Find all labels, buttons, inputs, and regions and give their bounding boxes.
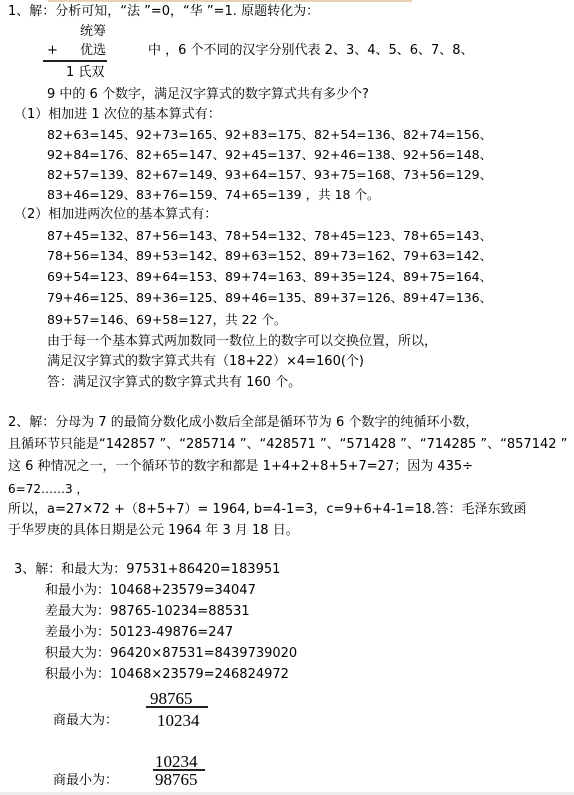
equation: 73+56=129、 [403, 167, 492, 183]
equation: 82+63=145、 [47, 127, 136, 143]
p1-desc-a: 中 ，6 个不同的汉字分别代表 2、3、4、5、6、7、8、 [148, 43, 474, 59]
equation: 87+56=143、 [136, 228, 225, 244]
p1-conclusion-2: 满足汉字算式的数字算式共有（18+22）×4=160(个) [47, 354, 364, 370]
p1-part2-row: 79+46=125、 89+36=125、 89+46=135、 89+37=1… [47, 290, 492, 306]
p2-line1: 2、解：分母为 7 的最简分数化成小数后全部是循环节为 6 个数字的纯循环小数， [8, 415, 478, 431]
p3-line1: 3、解：和最大为：97531+86420=183951 [14, 562, 280, 578]
equation: 78+45=123、 [314, 228, 403, 244]
p1-part1-title: （1）相加进 1 次位的基本算式有： [14, 107, 221, 123]
equation: 92+56=148、 [403, 147, 492, 163]
equation: 69+58=127，共 22 个。 [136, 312, 336, 328]
p1-eq-plus: + [47, 43, 58, 59]
equation: 79+63=142、 [403, 248, 492, 264]
p3-diff-max: 差最大为：98765-10234=88531 [45, 604, 250, 620]
p3-quot-min-den: 98765 [155, 771, 198, 789]
equation: 78+56=134、 [47, 248, 136, 264]
equation: 89+73=162、 [314, 248, 403, 264]
equation: 82+54=136、 [314, 127, 403, 143]
equation: 89+35=124、 [314, 269, 403, 285]
p1-eq-bottom: 1 氏双 [66, 65, 104, 81]
p1-part1-row: 82+63=145、 92+73=165、 92+83=175、 82+54=1… [47, 127, 492, 143]
equation: 78+65=143、 [403, 228, 492, 244]
p1-part2-row: 89+57=146、 69+58=127，共 22 个。 [47, 312, 336, 328]
p2-line5: 所以，a=27×72 +（8+5+7）= 1964, b=4-1=3，c=9+6… [8, 502, 527, 518]
equation: 89+46=135、 [225, 290, 314, 306]
p1-eq-mid: 优选 [80, 43, 106, 59]
p3-prod-max: 积最大为：96420×87531=8439739020 [45, 646, 297, 662]
p1-part2-row: 87+45=132、 87+56=143、 78+54=132、 78+45=1… [47, 228, 492, 244]
p1-conclusion-1: 由于每一个基本算式两加数同一数位上的数字可以交换位置，所以， [47, 334, 437, 350]
p1-part1-row: 83+46=129、 83+76=159、 74+65=139 ，共 18 个。 [47, 187, 425, 203]
p2-line4: 6=72……3 ， [8, 481, 88, 497]
p1-part2-row: 78+56=134、 89+53=142、 89+63=152、 89+73=1… [47, 248, 492, 264]
equation: 93+64=157、 [225, 167, 314, 183]
equation: 82+67=149、 [136, 167, 225, 183]
p2-line3: 这 6 种情况之一，一个循环节的数字和都是 1+4+2+8+5+7=27；因为 … [8, 459, 473, 475]
p1-desc-b: 9 中的 6 个数字，满足汉字算式的数字算式共有多少个? [47, 87, 369, 103]
p1-intro: 1、解：分析可知，“法 ”=0，“华 ”=1. 原题转化为： [8, 4, 319, 20]
p3-quot-max-den: 10234 [157, 712, 200, 730]
equation: 79+46=125、 [47, 290, 136, 306]
top-border [48, 0, 412, 2]
p2-line6: 于华罗庚的具体日期是公元 1964 年 3 月 18 日。 [8, 523, 299, 539]
fraction-bar [146, 706, 208, 708]
equation: 89+37=126、 [314, 290, 403, 306]
equation: 92+46=138、 [314, 147, 403, 163]
equation: 93+75=168、 [314, 167, 403, 183]
p1-part2-row: 69+54=123、 89+64=153、 89+74=163、 89+35=1… [47, 269, 492, 285]
equation: 89+75=164、 [403, 269, 492, 285]
equation: 83+76=159、 [136, 187, 225, 203]
equation: 89+63=152、 [225, 248, 314, 264]
p1-eq-rule [43, 60, 107, 62]
p1-eq-top: 统筹 [80, 24, 106, 40]
p3-prod-min: 积最小为：10468×23579=246824972 [45, 667, 289, 683]
equation: 89+36=125、 [136, 290, 225, 306]
p1-part1-row: 92+84=176、 82+65=147、 92+45=137、 92+46=1… [47, 147, 492, 163]
p3-diff-min: 差最小为：50123-49876=247 [45, 625, 233, 641]
equation: 82+74=156、 [403, 127, 492, 143]
equation: 89+57=146、 [47, 312, 136, 328]
equation: 92+45=137、 [225, 147, 314, 163]
equation: 69+54=123、 [47, 269, 136, 285]
p3-sum-min: 和最小为：10468+23579=34047 [45, 583, 256, 599]
equation: 82+65=147、 [136, 147, 225, 163]
equation: 89+64=153、 [136, 269, 225, 285]
equation: 87+45=132、 [47, 228, 136, 244]
equation: 89+74=163、 [225, 269, 314, 285]
equation: 83+46=129、 [47, 187, 136, 203]
p3-quot-min-label: 商最小为： [53, 773, 118, 789]
p2-line2: 且循环节只能是“142857 ”、“285714 ”、“428571 ”、“57… [8, 437, 567, 453]
equation: 74+65=139 ，共 18 个。 [225, 187, 425, 203]
equation: 82+57=139、 [47, 167, 136, 183]
equation: 92+83=175、 [225, 127, 314, 143]
p1-part1-row: 82+57=139、 82+67=149、 93+64=157、 93+75=1… [47, 167, 492, 183]
p1-answer: 答：满足汉字算式的数字算式共有 160 个。 [47, 375, 301, 391]
equation: 78+54=132、 [225, 228, 314, 244]
equation: 89+47=136、 [403, 290, 492, 306]
equation: 92+73=165、 [136, 127, 225, 143]
equation: 89+53=142、 [136, 248, 225, 264]
p1-part2-title: （2）相加进两次位的基本算式有： [14, 207, 217, 223]
p3-quot-max-label: 商最大为： [53, 713, 118, 729]
equation: 92+84=176、 [47, 147, 136, 163]
